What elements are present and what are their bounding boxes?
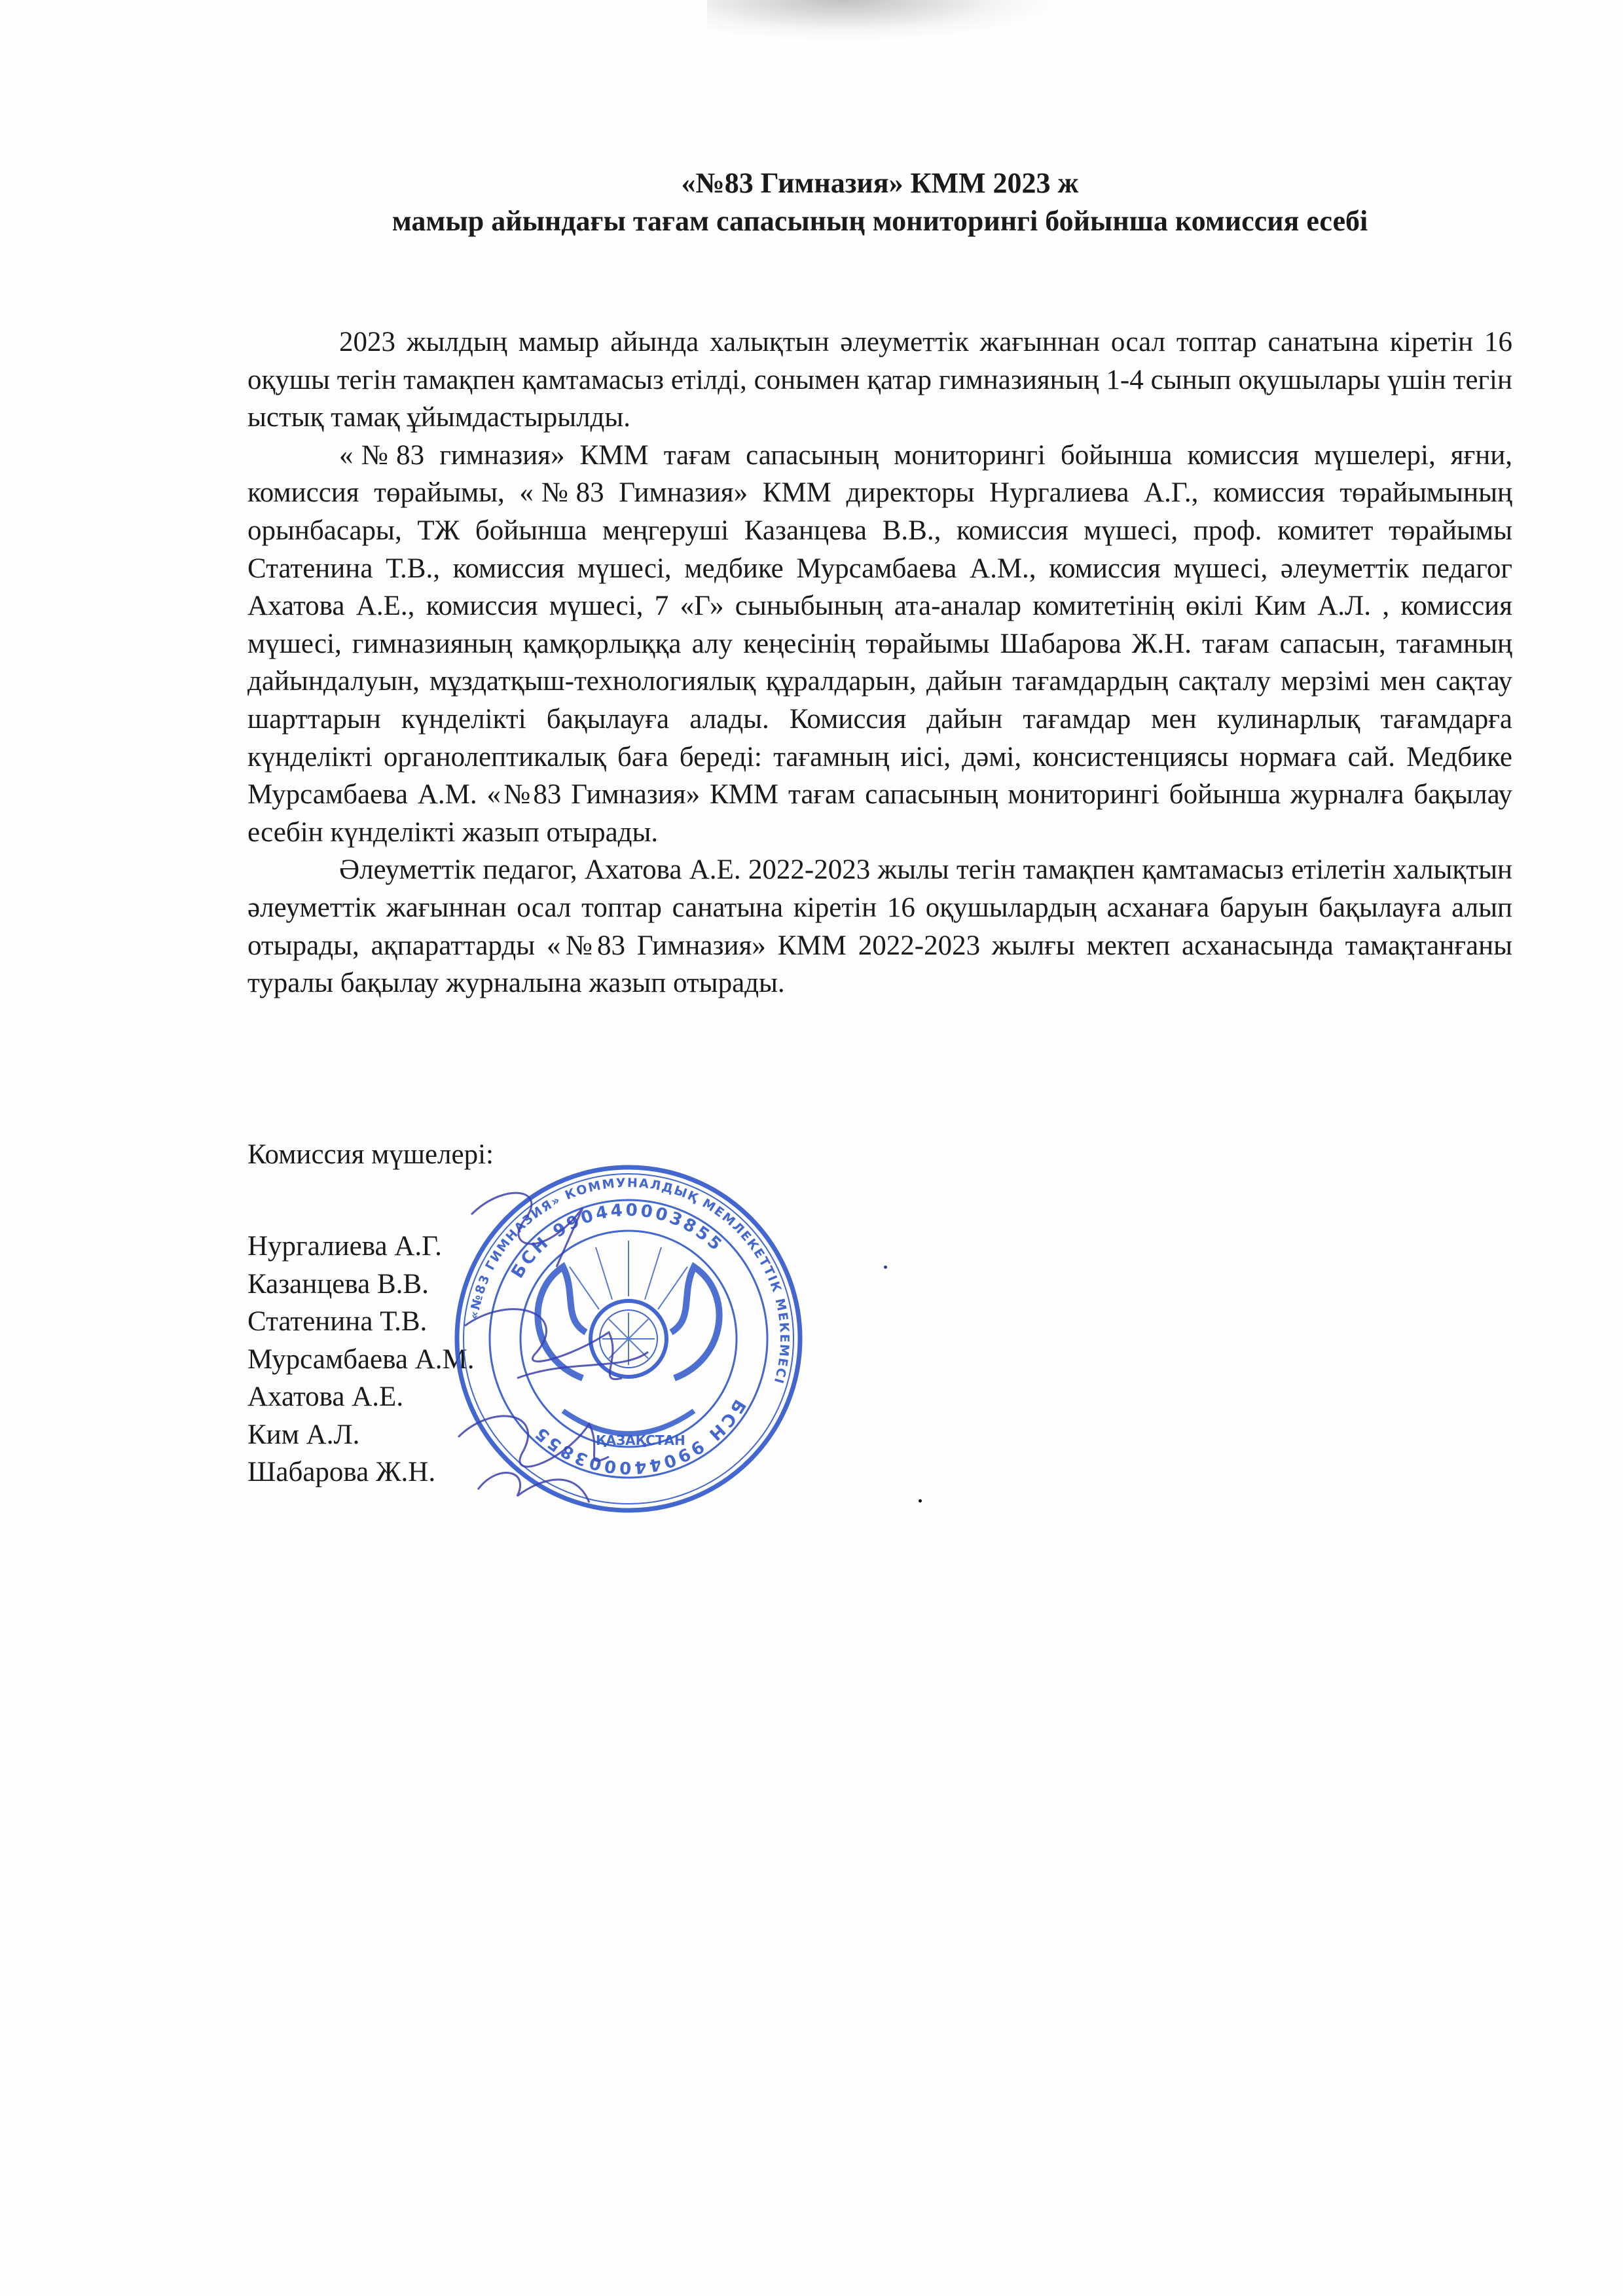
scan-speck bbox=[919, 1499, 922, 1503]
member-name: Мурсамбаева А.М. bbox=[247, 1341, 474, 1379]
paragraph-3: Әлеуметтік педагог, Ахатова А.Е. 2022-20… bbox=[247, 851, 1512, 1002]
scan-artifact bbox=[707, 0, 1048, 39]
paragraph-1: 2023 жылдың мамыр айында халықтын әлеуме… bbox=[247, 323, 1512, 437]
official-stamp-icon: «№83 ГИМНАЗИЯ» КОММУНАЛДЫҚ МЕМЛЕКЕТТІК М… bbox=[452, 1162, 805, 1516]
members-list: Нургалиева А.Г. Казанцева В.В. Статенина… bbox=[247, 1228, 474, 1491]
member-name: Шабарова Ж.Н. bbox=[247, 1453, 474, 1491]
document-page: «№83 Гимназия» КММ 2023 ж мамыр айындағы… bbox=[0, 0, 1623, 2296]
member-name: Казанцева В.В. bbox=[247, 1266, 474, 1303]
document-title-line-1: «№83 Гимназия» КММ 2023 ж bbox=[247, 165, 1512, 202]
member-name: Статенина Т.В. bbox=[247, 1303, 474, 1341]
paragraph-2: «№83 гимназия» КММ тағам сапасының монит… bbox=[247, 437, 1512, 852]
member-name: Нургалиева А.Г. bbox=[247, 1228, 474, 1266]
member-name: Ким А.Л. bbox=[247, 1416, 474, 1454]
document-body: 2023 жылдың мамыр айында халықтын әлеуме… bbox=[247, 323, 1512, 1002]
document-title-line-2: мамыр айындағы тағам сапасының мониторин… bbox=[247, 203, 1512, 240]
member-name: Ахатова А.Е. bbox=[247, 1378, 474, 1416]
scan-speck bbox=[884, 1266, 887, 1269]
